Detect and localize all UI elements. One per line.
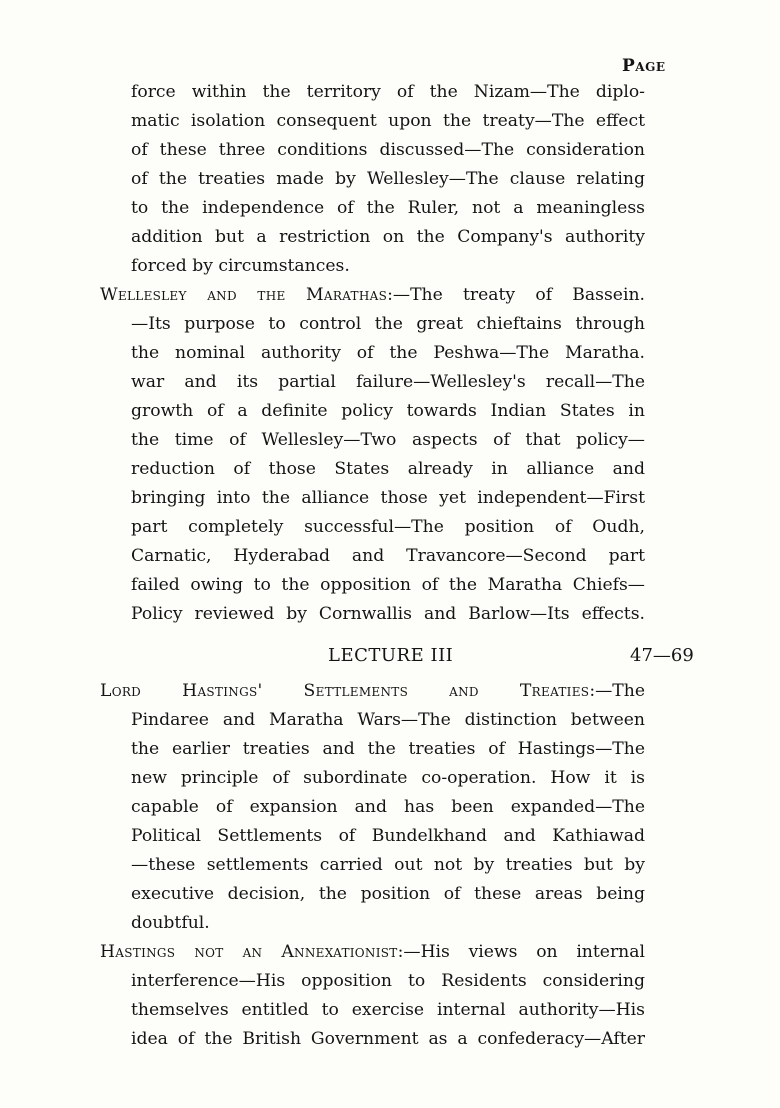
text-line: reduction of those States already in all… xyxy=(131,455,645,484)
text-line: —these settlements carried out not by tr… xyxy=(131,851,645,880)
section-heading-line: Hastings not an Annexationist:—His views… xyxy=(100,938,645,967)
text-line: Carnatic, Hyderabad and Travancore—Secon… xyxy=(131,542,645,571)
text-line: Political Settlements of Bundelkhand and… xyxy=(131,822,645,851)
text-line: —Its purpose to control the great chieft… xyxy=(131,310,645,339)
text-line: Policy reviewed by Cornwallis and Barlow… xyxy=(131,600,645,629)
text-line: failed owing to the opposition of the Ma… xyxy=(131,571,645,600)
text-line: capable of expansion and has been expand… xyxy=(131,793,645,822)
text-line: matic isolation consequent upon the trea… xyxy=(131,107,645,136)
lecture-page-range: 47—69 xyxy=(630,641,694,670)
text-line: to the independence of the Ruler, not a … xyxy=(131,194,645,223)
text-line: addition but a restriction on the Compan… xyxy=(131,223,645,252)
text-line: forced by circumstances. xyxy=(131,252,645,281)
section-heading-line: Wellesley and the Marathas:—The treaty o… xyxy=(100,281,645,310)
text-line: themselves entitled to exercise internal… xyxy=(131,996,645,1025)
heading-suffix: :—His views on internal xyxy=(398,942,645,962)
text-line: idea of the British Government as a conf… xyxy=(131,1025,645,1054)
text-line: war and its partial failure—Wellesley's … xyxy=(131,368,645,397)
text-line: the earlier treaties and the treaties of… xyxy=(131,735,645,764)
text-line: of the treaties made by Wellesley—The cl… xyxy=(131,165,645,194)
text-line: bringing into the alliance those yet ind… xyxy=(131,484,645,513)
text-line: growth of a definite policy towards Indi… xyxy=(131,397,645,426)
text-line: doubtful. xyxy=(131,909,645,938)
text-line: interference—His opposition to Residents… xyxy=(131,967,645,996)
section-heading: Hastings not an Annexationist xyxy=(100,942,398,962)
text-line: force within the territory of the Nizam—… xyxy=(131,78,645,107)
page-column-label: Page xyxy=(622,56,666,76)
document-page: Page force within the territory of the N… xyxy=(0,0,780,1108)
text-line: the nominal authority of the Peshwa—The … xyxy=(131,339,645,368)
text-line: the time of Wellesley—Two aspects of tha… xyxy=(131,426,645,455)
heading-suffix: :—The treaty of Bassein. xyxy=(387,285,645,305)
section-heading: Lord Hastings' Settlements and Treaties xyxy=(100,681,589,701)
section-heading: Wellesley and the Marathas xyxy=(100,285,387,305)
text-line: new principle of subordinate co-operatio… xyxy=(131,764,645,793)
text-line: executive decision, the position of thes… xyxy=(131,880,645,909)
text-line: Pindaree and Maratha Wars—The distinctio… xyxy=(131,706,645,735)
section-heading-line: Lord Hastings' Settlements and Treaties:… xyxy=(100,677,645,706)
lecture-title: LECTURE III xyxy=(328,641,453,670)
text-line: of these three conditions discussed—The … xyxy=(131,136,645,165)
heading-suffix: :—The xyxy=(589,681,645,701)
text-line: part completely successful—The position … xyxy=(131,513,645,542)
